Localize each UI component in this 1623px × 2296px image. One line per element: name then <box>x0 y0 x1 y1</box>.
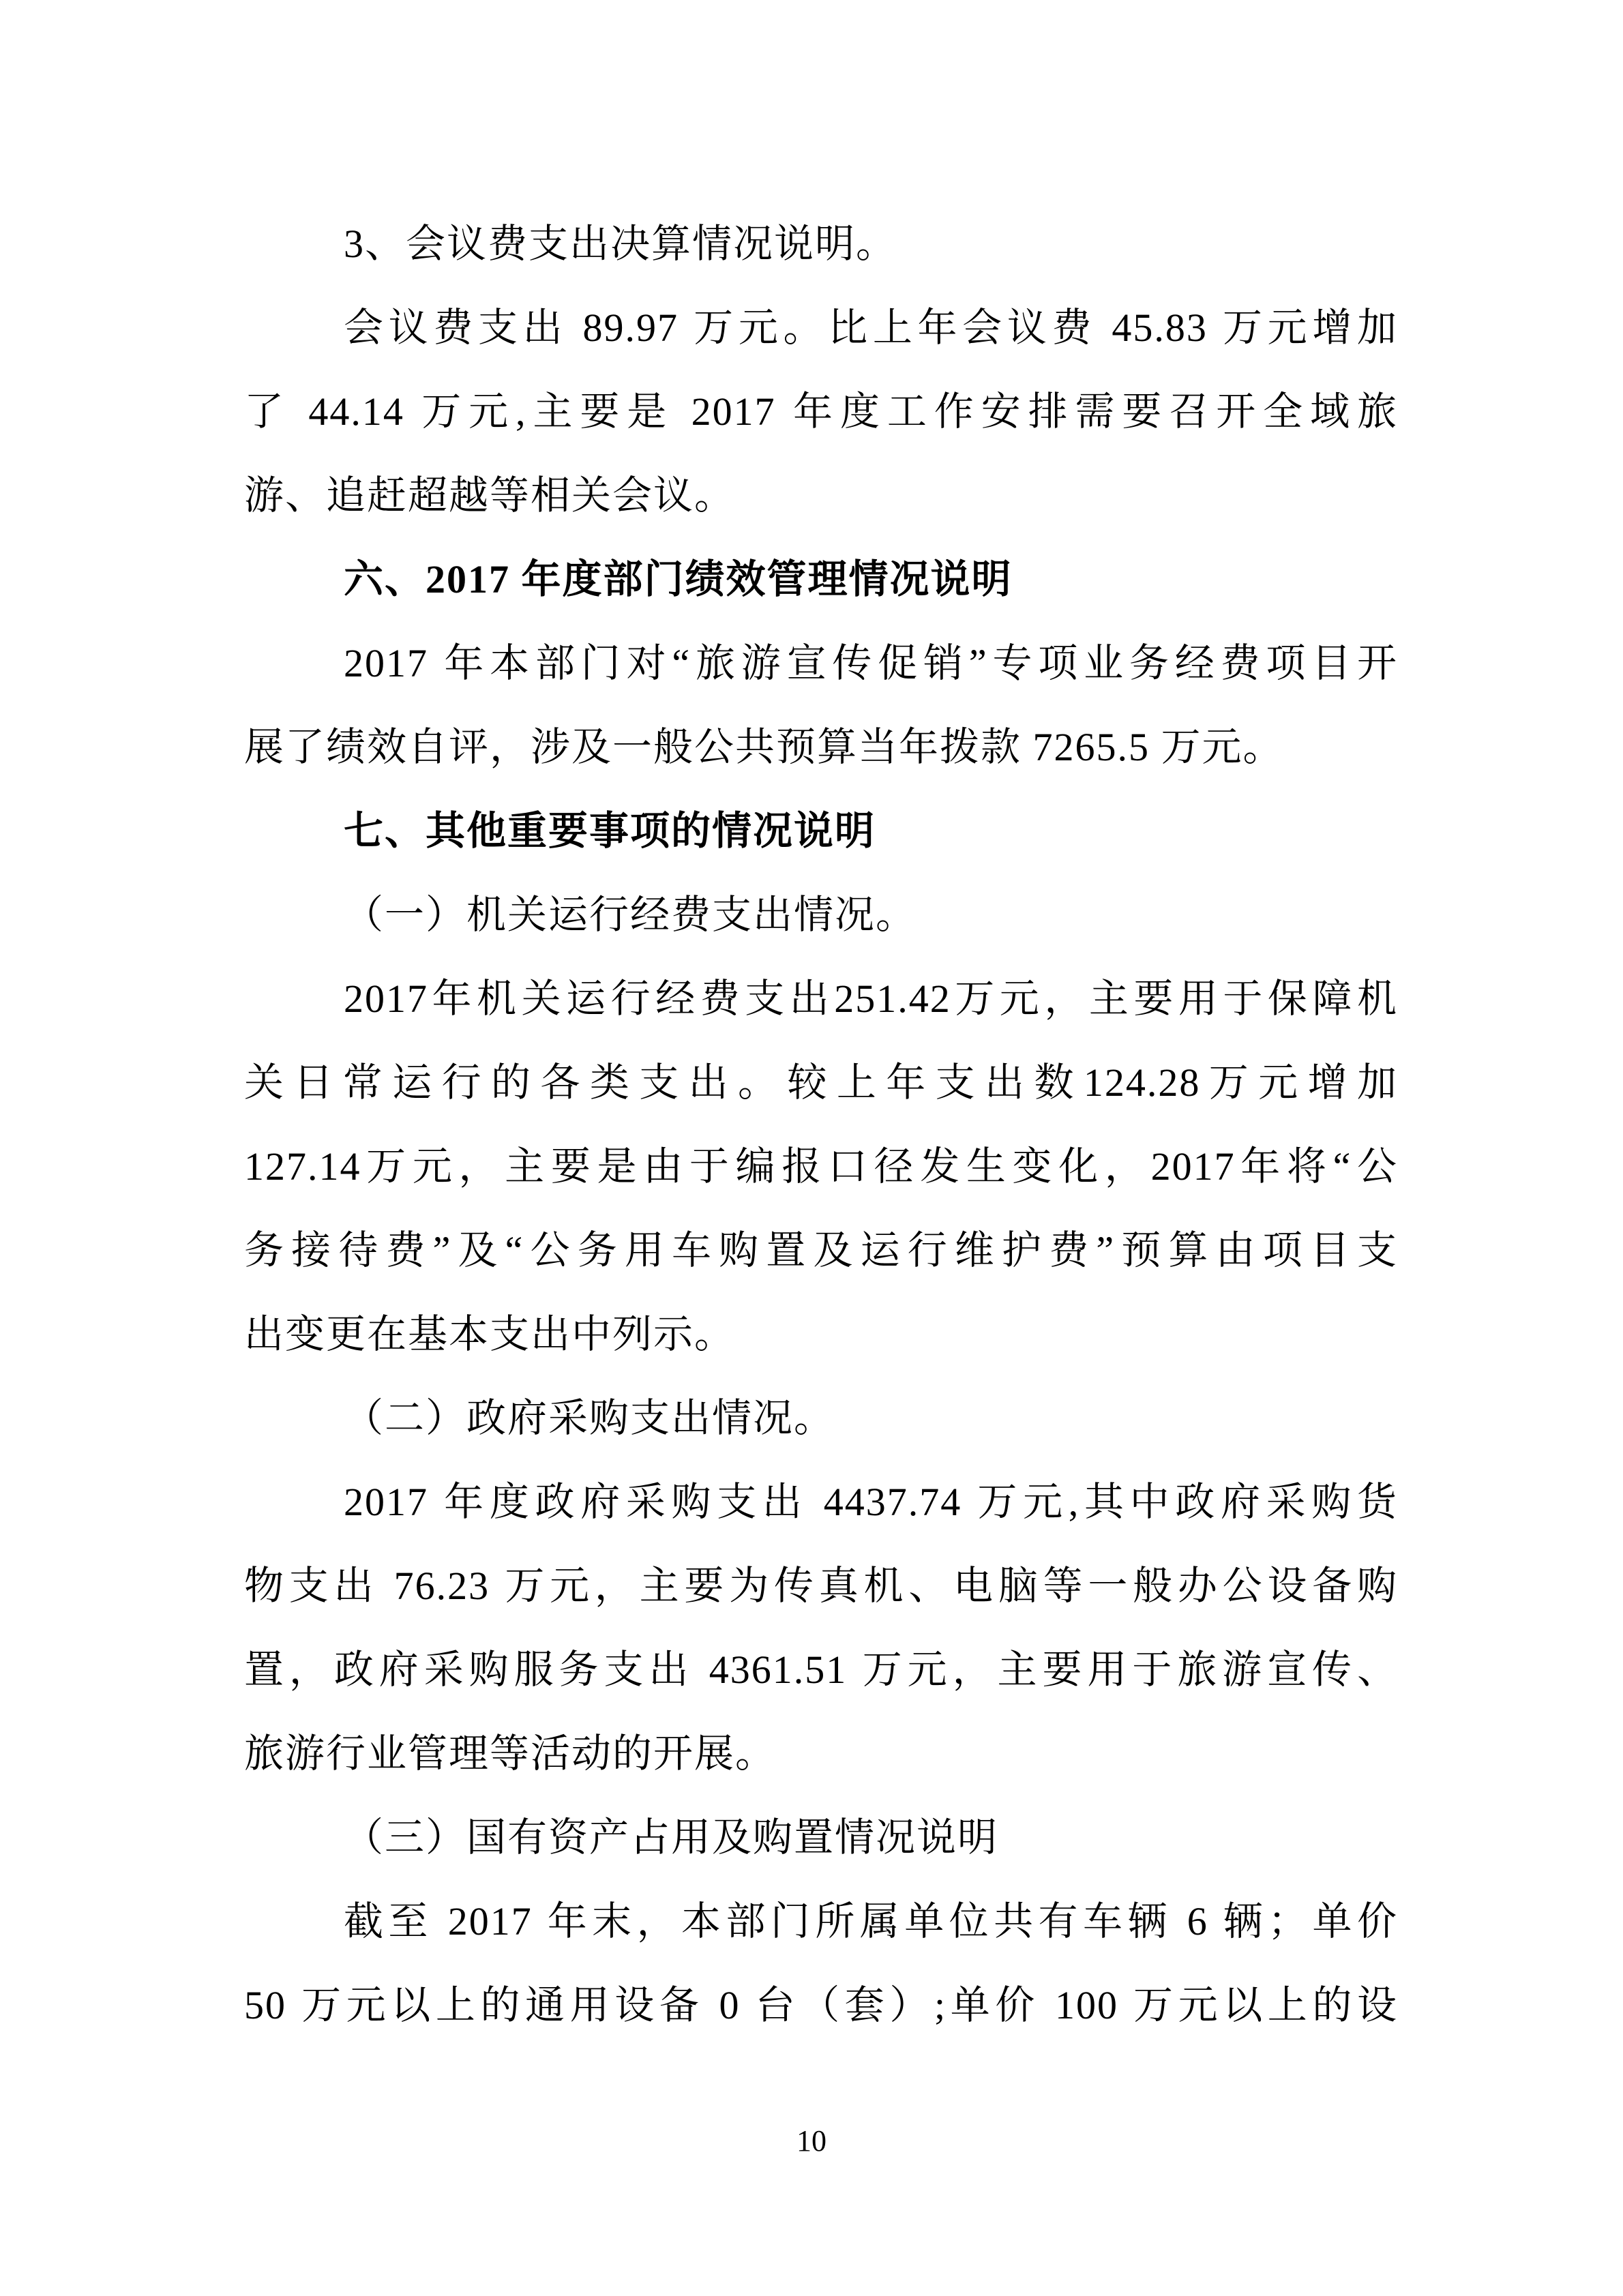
document-page: 3、会议费支出决算情况说明。会议费支出 89.97 万元。比上年会议费 45.8… <box>0 0 1623 2296</box>
section-heading: 六、2017 年度部门绩效管理情况说明 <box>244 537 1398 621</box>
text-line: 关日常运行的各类支出。较上年支出数124.28万元增加 <box>244 1041 1398 1124</box>
text-line: 2017年机关运行经费支出251.42万元，主要用于保障机 <box>244 957 1398 1041</box>
text-line: 置，政府采购服务支出 4361.51 万元，主要用于旅游宣传、 <box>244 1628 1398 1712</box>
text-line: 务接待费”及“公务用车购置及运行维护费”预算由项目支 <box>244 1208 1398 1292</box>
text-line: 127.14万元，主要是由于编报口径发生变化，2017年将“公 <box>244 1124 1398 1208</box>
text-line: 物支出 76.23 万元，主要为传真机、电脑等一般办公设备购 <box>244 1544 1398 1628</box>
text-line: 3、会议费支出决算情况说明。 <box>244 202 1398 286</box>
text-line: 50 万元以上的通用设备 0 台（套）;单价 100 万元以上的设 <box>244 1963 1398 2047</box>
page-number: 10 <box>0 2125 1623 2158</box>
text-line: 截至 2017 年末，本部门所属单位共有车辆 6 辆；单价 <box>244 1879 1398 1963</box>
text-line: （二）政府采购支出情况。 <box>244 1376 1398 1460</box>
text-line: 展了绩效自评，涉及一般公共预算当年拨款 7265.5 万元。 <box>244 705 1398 789</box>
text-line: 了 44.14 万元,主要是 2017 年度工作安排需要召开全域旅 <box>244 370 1398 453</box>
text-line: （一）机关运行经费支出情况。 <box>244 873 1398 957</box>
text-line: 2017 年本部门对“旅游宣传促销”专项业务经费项目开 <box>244 621 1398 705</box>
text-line: （三）国有资产占用及购置情况说明 <box>244 1795 1398 1879</box>
text-line: 游、追赶超越等相关会议。 <box>244 453 1398 537</box>
text-line: 出变更在基本支出中列示。 <box>244 1292 1398 1376</box>
text-line: 会议费支出 89.97 万元。比上年会议费 45.83 万元增加 <box>244 286 1398 370</box>
section-heading: 七、其他重要事项的情况说明 <box>244 789 1398 873</box>
document-body: 3、会议费支出决算情况说明。会议费支出 89.97 万元。比上年会议费 45.8… <box>244 202 1398 2047</box>
text-line: 2017 年度政府采购支出 4437.74 万元,其中政府采购货 <box>244 1460 1398 1544</box>
text-line: 旅游行业管理等活动的开展。 <box>244 1712 1398 1795</box>
